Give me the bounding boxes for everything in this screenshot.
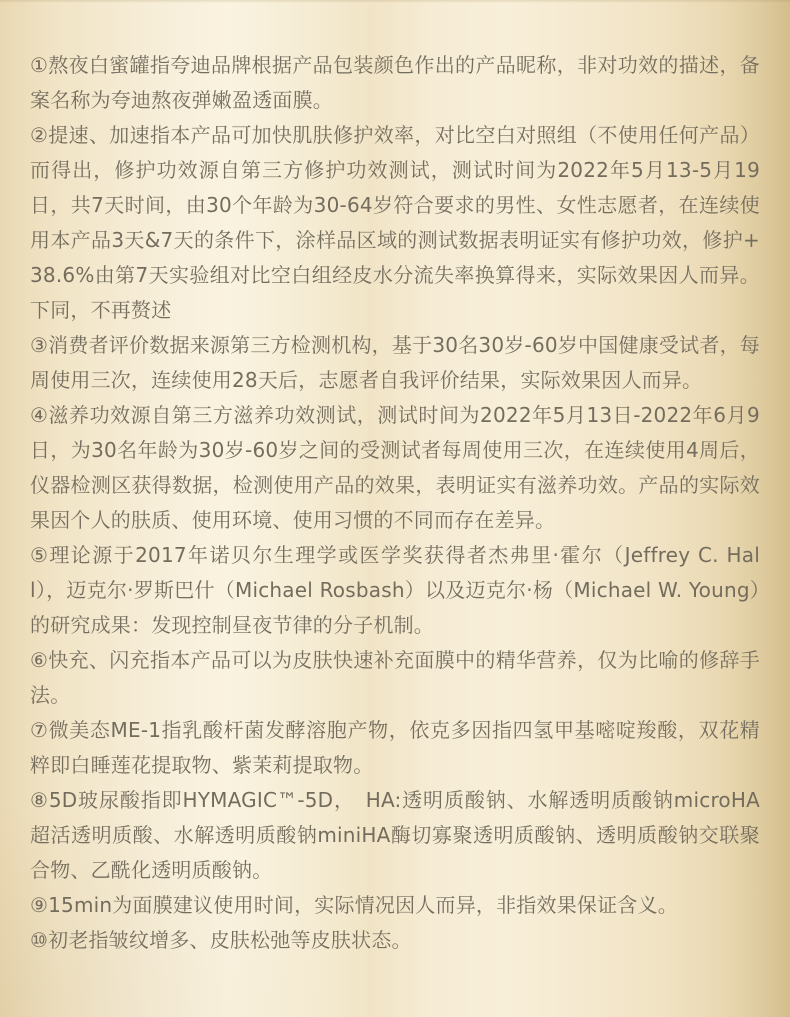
footnote-list: ①熬夜白蜜罐指夸迪品牌根据产品包装颜色作出的产品昵称，非对功效的描述，备案名称为… bbox=[30, 48, 760, 958]
footnote-8: ⑧5D玻尿酸指即HYMAGIC™-5D， HA:透明质酸钠、水解透明质酸钠mic… bbox=[30, 783, 760, 888]
page: { "page": { "kind": "product-detail-disc… bbox=[0, 0, 790, 1017]
footnote-6: ⑥快充、闪充指本产品可以为皮肤快速补充面膜中的精华营养，仅为比喻的修辞手法。 bbox=[30, 643, 760, 713]
footnote-1: ①熬夜白蜜罐指夸迪品牌根据产品包装颜色作出的产品昵称，非对功效的描述，备案名称为… bbox=[30, 48, 760, 118]
disclaimer-sheet: ①熬夜白蜜罐指夸迪品牌根据产品包装颜色作出的产品昵称，非对功效的描述，备案名称为… bbox=[0, 0, 790, 1017]
footnote-10: ⑩初老指皱纹增多、皮肤松弛等皮肤状态。 bbox=[30, 923, 760, 958]
footnote-4: ④滋养功效源自第三方滋养功效测试，测试时间为2022年5月13日-2022年6月… bbox=[30, 398, 760, 538]
footnote-9: ⑨15min为面膜建议使用时间，实际情况因人而异，非指效果保证含义。 bbox=[30, 888, 760, 923]
footnote-2: ②提速、加速指本产品可加快肌肤修护效率，对比空白对照组（不使用任何产品）而得出，… bbox=[30, 118, 760, 328]
footnote-7: ⑦微美态ME-1指乳酸杆菌发酵溶胞产物，依克多因指四氢甲基嘧啶羧酸，双花精粹即白… bbox=[30, 713, 760, 783]
footnote-5: ⑤理论源于2017年诺贝尔生理学或医学奖获得者杰弗里·霍尔（Jeffrey C.… bbox=[30, 538, 760, 643]
footnote-3: ③消费者评价数据来源第三方检测机构，基于30名30岁-60岁中国健康受试者，每周… bbox=[30, 328, 760, 398]
